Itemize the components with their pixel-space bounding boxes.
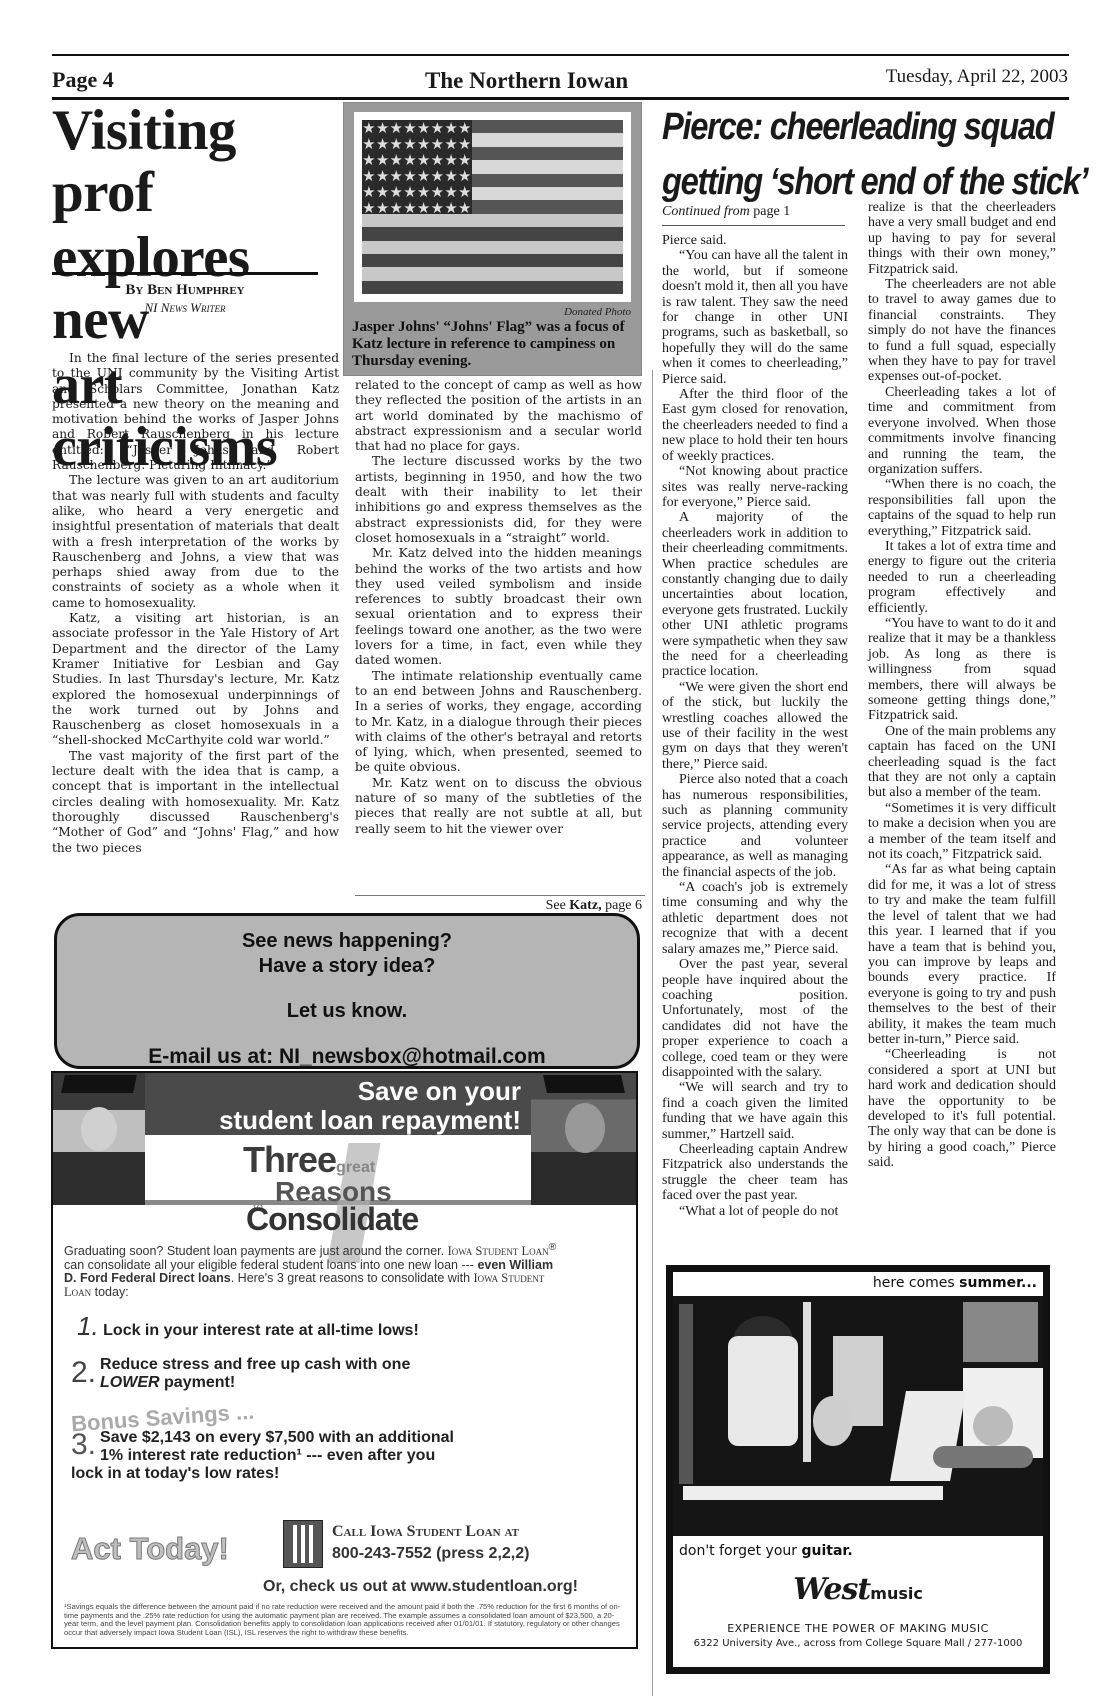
logo-word: music [870,1584,923,1603]
paragraph: Over the past year, several people have … [662,957,848,1080]
paragraph: The vast majority of the first part of t… [52,749,339,856]
photo-caption: Jasper Johns' “Johns' Flag” was a focus … [352,319,632,370]
jump-rule [355,895,645,896]
intro-text: can consolidate all your eligible federa… [64,1258,477,1272]
paragraph: related to the concept of camp as well a… [355,378,642,454]
paragraph: Katz, a visiting art historian, is an as… [52,611,339,749]
paragraph: “You can have all the talent in the worl… [662,248,848,387]
jump-suffix: page 6 [602,898,642,913]
katz-column-2: related to the concept of camp as well a… [355,378,642,837]
pierce-headline-line: Pierce: cheerleading squad [662,100,1023,155]
loan-banner-title: Save on your student loan repayment! [145,1077,531,1135]
paragraph: After the third floor of the East gym cl… [662,387,848,464]
continued-rule [662,225,845,226]
newsbox-line-1: See news happening? [57,930,637,953]
group-of-friends-with-guitar-photo-icon [673,1296,1043,1536]
photo-credit: Donated Photo [354,306,631,318]
west-music-logo: Westmusic [673,1572,1043,1607]
title-consolidate: Consolidate [246,1201,418,1238]
pierce-column-1: Pierce said. “You can have all the talen… [662,233,848,1219]
logo-script: West [793,1572,870,1607]
west-bottom-bold: guitar. [802,1543,853,1559]
paragraph: “Cheerleading is not considered a sport … [868,1047,1056,1170]
paragraph: “You have to want to do it and realize t… [868,616,1056,724]
intro-text: . Here's 3 great reasons to consolidate … [231,1271,474,1285]
photo-box: ★★★★★★★★ ★★★★★★★★ ★★★★★★★★ ★★★★★★★★ ★★★★… [343,102,642,376]
paragraph: In the final lecture of the series prese… [52,351,339,473]
pierce-column-2: realize is that the cheerleaders have a … [868,200,1056,1171]
west-bottom-text: don't forget your [679,1543,802,1559]
paragraph: “We will search and try to find a coach … [662,1080,848,1142]
american-flag-painting-icon: ★★★★★★★★ ★★★★★★★★ ★★★★★★★★ ★★★★★★★★ ★★★★… [354,112,631,302]
paragraph: “As far as what being captain did for me… [868,862,1056,1047]
newsbox-line-3: Let us know. [57,1000,637,1023]
west-music-ad: here comes summer... don't forget your g… [666,1265,1050,1674]
katz-headline-line: Visiting prof [52,100,337,224]
graduate-woman-photo-icon [531,1073,636,1205]
newsbox-line-2: Have a story idea? [57,955,637,978]
jump-prefix: See [546,898,570,913]
title-great: great [336,1159,375,1176]
paragraph: Cheerleading takes a lot of time and com… [868,385,1056,477]
paragraph: Pierce said. [662,233,848,248]
paragraph: “Sometimes it is very difficult to make … [868,801,1056,863]
paragraph: A majority of the cheerleaders work in a… [662,510,848,679]
west-top-text: here comes [873,1275,959,1291]
intro-text: Graduating soon? Student loan payments a… [64,1244,448,1258]
paragraph: “When there is no coach, the responsibil… [868,477,1056,539]
paragraph: The intimate relationship eventually cam… [355,669,642,776]
reason-number: 2. [71,1356,96,1390]
paragraph: Pierce also noted that a coach has numer… [662,772,848,880]
title-three: Three [243,1139,336,1180]
paragraph: It takes a lot of extra time and energy … [868,539,1056,616]
byline-role: NI News Writer [52,300,318,316]
intro-text: today: [91,1285,129,1299]
west-address: 6322 University Ave., across from Colleg… [673,1638,1043,1649]
paragraph: The lecture discussed works by the two a… [355,454,642,546]
jump-link[interactable]: Katz, [569,898,601,913]
paragraph: Cheerleading captain Andrew Fitzpatrick … [662,1142,848,1204]
paragraph: “Not knowing about practice sites was re… [662,464,848,510]
headline-underline [52,272,318,275]
reason-1: 1. Lock in your interest rate at all-tim… [77,1311,419,1342]
reason-text: Reduce stress and free up cash with one [100,1356,410,1373]
isl-columns-logo-icon [283,1520,323,1568]
continued-page: page 1 [750,204,790,219]
reason-number: 1. [77,1311,99,1341]
registered-mark: ® [549,1242,557,1253]
continued-from: Continued from page 1 [662,204,790,220]
phone-number[interactable]: 800-243-7552 (press 2,2,2) [332,1545,529,1563]
brand-name: Iowa Student Loan [448,1244,549,1258]
paragraph: realize is that the cheerleaders have a … [868,200,1056,277]
reason-3: 3. Save $2,143 on every $7,500 with an a… [71,1429,466,1483]
fineprint: ¹Savings equals the difference between t… [64,1603,624,1637]
paper-name: The Northern Iowan [425,68,628,94]
loan-intro: Graduating soon? Student loan payments a… [64,1241,564,1299]
newsbox-ad: See news happening? Have a story idea? L… [54,913,640,1069]
act-today-label: Act Today! [71,1531,229,1567]
west-top-line: here comes summer... [873,1275,1037,1291]
paragraph: The cheerleaders are not able to travel … [868,277,1056,385]
katz-column-1: In the final lecture of the series prese… [52,351,339,856]
three-great-reasons-title: Threegreat [213,1139,483,1181]
reason-emphasis: LOWER [100,1374,160,1391]
paragraph: Mr. Katz went on to discuss the obvious … [355,776,642,837]
banner-line: student loan repayment! [145,1106,521,1135]
paragraph: The lecture was given to an art auditori… [52,473,339,611]
paragraph: “We were given the short end of the stic… [662,680,848,772]
west-tagline: EXPERIENCE THE POWER OF MAKING MUSIC [673,1622,1043,1635]
newsbox-email-link[interactable]: E-mail us at: NI_newsbox@hotmail.com [57,1045,637,1069]
west-bottom-line: don't forget your guitar. [679,1543,853,1559]
reason-2: 2. Reduce stress and free up cash with o… [71,1356,431,1392]
student-loan-ad: Save on your student loan repayment! Thr… [51,1071,638,1649]
west-top-bold: summer... [959,1275,1037,1291]
paragraph: “A coach's job is extremely time consumi… [662,880,848,957]
column-divider [652,370,653,1696]
reason-number: 3. [71,1429,96,1461]
graduate-man-photo-icon [53,1073,145,1205]
pierce-headline: Pierce: cheerleading squad getting ‘shor… [662,100,1082,210]
byline: By Ben Humphrey [52,282,318,299]
top-rule [52,54,1069,56]
banner-line: Save on your [145,1077,521,1106]
reason-text: payment! [160,1374,236,1391]
reason-text: Save $2,143 on every $7,500 with an addi… [71,1429,454,1482]
jump-line[interactable]: See Katz, page 6 [546,898,642,914]
reason-text: Lock in your interest rate at all-time l… [103,1322,419,1339]
call-line: Call Iowa Student Loan at [332,1523,519,1541]
paragraph: Mr. Katz delved into the hidden meanings… [355,546,642,668]
website-link[interactable]: Or, check us out at www.studentloan.org! [263,1578,578,1596]
paragraph: One of the main problems any captain has… [868,724,1056,801]
continued-label: Continued from [662,204,750,219]
page-number: Page 4 [52,67,114,93]
issue-date: Tuesday, April 22, 2003 [886,66,1068,88]
paragraph: “What a lot of people do not [662,1204,848,1219]
